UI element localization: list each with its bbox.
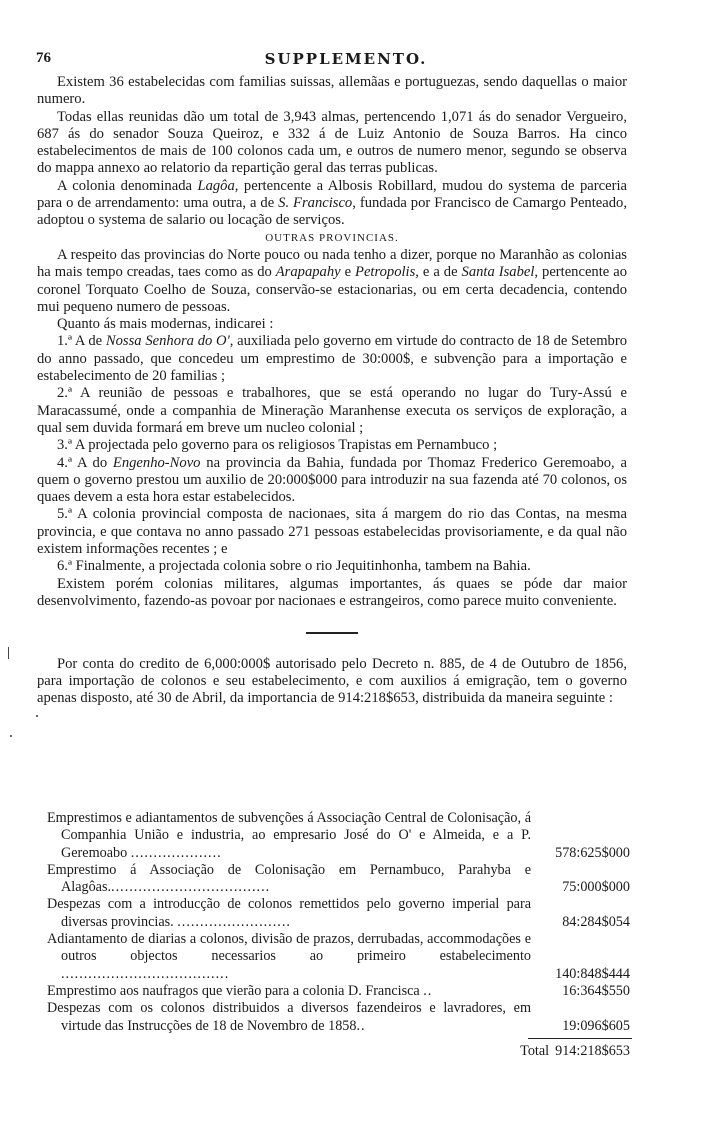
list-number: 6.ª	[57, 558, 72, 574]
italic-name: Lagôa	[197, 178, 234, 194]
list-item: 6.ª Finalmente, a projectada colonia sob…	[37, 558, 627, 575]
section-divider	[306, 632, 358, 634]
list-item: 5.ª A colonia provincial composta de nac…	[37, 506, 627, 558]
ledger-entry: Emprestimo aos naufragos que vierão para…	[47, 983, 637, 1000]
list-number: 4.ª	[57, 455, 72, 471]
list-item: 2.ª A reunião de pessoas e trabalhores, …	[37, 385, 627, 437]
section-heading: OUTRAS PROVINCIAS.	[37, 230, 627, 247]
list-number: 2.ª	[57, 385, 72, 401]
total-row: Total914:218$653	[514, 1043, 630, 1060]
list-number: 3.ª	[57, 437, 72, 453]
dot-leader: .....................................	[61, 966, 229, 982]
text-span: e	[341, 264, 355, 280]
paragraph-norte: A respeito das provincias do Norte pouco…	[37, 247, 627, 316]
ledger-amount: 84:284$054	[562, 914, 630, 931]
ledger-amount: 19:096$605	[562, 1018, 630, 1035]
list-item: 1.ª A de Nossa Senhora do O', auxiliada …	[37, 333, 627, 385]
paragraph-military: Existem porém colonias militares, alguma…	[37, 576, 627, 611]
total-amount: 914:218$653	[555, 1043, 630, 1059]
ledger-amount: 578:625$000	[555, 845, 630, 862]
total-rule	[528, 1038, 632, 1040]
list-intro: Quanto ás mais modernas, indicarei :	[37, 316, 627, 333]
ledger-amount: 75:000$000	[562, 879, 630, 896]
ledger-entry: Emprestimo á Associação de Colonisação e…	[47, 862, 637, 897]
margin-dot	[10, 735, 12, 737]
list-number: 1.ª	[57, 333, 72, 349]
margin-dot	[36, 715, 38, 717]
italic-name: S. Francisco	[278, 195, 352, 211]
text-span: A colonia provincial composta de naciona…	[37, 506, 627, 557]
dot-leader: ..	[357, 1018, 366, 1034]
dot-leader: ...................................	[111, 879, 270, 895]
italic-name: Petropolis	[355, 264, 415, 280]
ledger-total: Total914:218$653	[47, 1035, 637, 1061]
paragraph-lagoa: A colonia denominada Lagôa, pertencente …	[37, 178, 627, 230]
text-span: A colonia denominada	[57, 178, 197, 194]
text-span: A de	[72, 333, 106, 349]
text-span: A reunião de pessoas e trabalhores, que …	[37, 385, 627, 436]
ledger-description: Despezas com os colonos distribuidos a d…	[47, 1000, 531, 1033]
list-item: 3.ª A projectada pelo governo para os re…	[37, 437, 627, 454]
ledger-amount: 140:848$444	[555, 966, 630, 983]
margin-mark	[8, 647, 9, 659]
text-span: A projectada pelo governo para os religi…	[72, 437, 497, 453]
ledger-description: Emprestimo aos naufragos que vierão para…	[47, 983, 420, 999]
dot-leader: ..	[423, 983, 432, 999]
running-title: SUPPLEMENTO.	[36, 50, 656, 68]
paragraph-credit: Por conta do credito de 6,000:000$ autor…	[37, 656, 627, 708]
paragraph: Existem 36 estabelecidas com familias su…	[37, 74, 627, 109]
text-span: , e a de	[415, 264, 461, 280]
paragraph: Todas ellas reunidas dão um total de 3,9…	[37, 109, 627, 178]
ledger-entry: Despezas com os colonos distribuidos a d…	[47, 1000, 637, 1035]
ledger-entry: Emprestimos e adiantamentos de subvençõe…	[47, 810, 637, 862]
italic-name: Nossa Senhora do O'	[106, 333, 230, 349]
ledger-description: Emprestimos e adiantamentos de subvençõe…	[47, 810, 531, 861]
ledger-entry: Adiantamento de diarias a colonos, divis…	[47, 931, 637, 983]
ledger-amount: 16:364$550	[562, 983, 630, 1000]
italic-name: Santa Isabel	[462, 264, 535, 280]
text-span: A do	[72, 455, 113, 471]
list-item: 4.ª A do Engenho-Novo na provincia da Ba…	[37, 455, 627, 507]
italic-name: Arapapahy	[276, 264, 341, 280]
body-text: Existem 36 estabelecidas com familias su…	[37, 74, 627, 708]
document-page: 76 SUPPLEMENTO. Existem 36 estabelecidas…	[0, 0, 704, 1128]
dot-leader: ....................	[131, 845, 222, 861]
ledger-description: Adiantamento de diarias a colonos, divis…	[47, 931, 531, 964]
dot-leader: .........................	[177, 914, 291, 930]
text-span: Finalmente, a projectada colonia sobre o…	[72, 558, 531, 574]
list-number: 5.ª	[57, 506, 72, 522]
ledger-entry: Despezas com a introducção de colonos re…	[47, 896, 637, 931]
expense-ledger: Emprestimos e adiantamentos de subvençõe…	[47, 810, 637, 1061]
page-header: 76 SUPPLEMENTO.	[36, 50, 656, 70]
italic-name: Engenho-Novo	[113, 455, 201, 471]
total-label: Total	[520, 1043, 549, 1059]
